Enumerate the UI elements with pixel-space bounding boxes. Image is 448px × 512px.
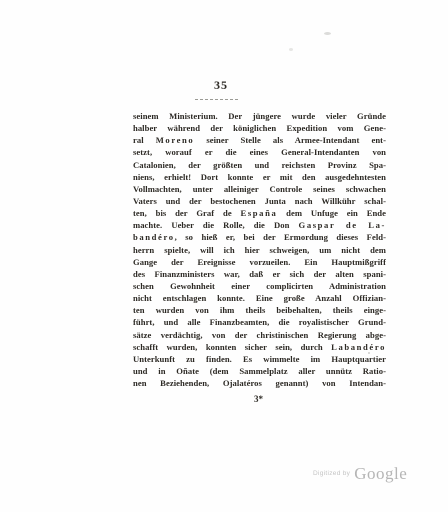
text-line: führt, und alle Finanzbeamten, die royal… bbox=[133, 316, 386, 328]
text-line: herrn spielte, will ich hier schweigen, … bbox=[133, 244, 386, 256]
body-text: seinem Ministerium. Der jüngere wurde vi… bbox=[133, 110, 386, 389]
text-line: bandéro, so hieß er, bei der Ermordung d… bbox=[133, 231, 386, 243]
text-line: setzt, worauf er die eines General-Inten… bbox=[133, 146, 386, 158]
text-line: nicht entschlagen konnte. Eine große Anz… bbox=[133, 292, 386, 304]
text-line: Unterkunft zu finden. Es wimmelte im Hau… bbox=[133, 353, 386, 365]
watermark-prefix-label: Digitized by bbox=[313, 470, 350, 477]
text-line: Catalonien, der größten und reichsten Pr… bbox=[133, 159, 386, 171]
text-line: ral Moreno seiner Stelle als Armee-Inten… bbox=[133, 134, 386, 146]
text-line: schen Gewohnheit einer complicirten Admi… bbox=[133, 280, 386, 292]
text-line: des Finanzministers war, daß er sich der… bbox=[133, 268, 386, 280]
scan-speckle bbox=[289, 48, 293, 51]
page-number: 35 bbox=[196, 78, 246, 93]
scan-speckle bbox=[324, 32, 331, 35]
text-line: halber während der königlichen Expeditio… bbox=[133, 122, 386, 134]
scanned-book-page: 35 seinem Ministerium. Der jüngere wurde… bbox=[0, 0, 448, 512]
page-number-rule bbox=[195, 99, 238, 100]
text-line: Vollmachten, unter alleiniger Controle s… bbox=[133, 183, 386, 195]
text-line: ten, bis der Graf de España dem Unfuge e… bbox=[133, 207, 386, 219]
text-line: und in Oñate (dem Sammelplatz aller unnü… bbox=[133, 365, 386, 377]
text-line: seinem Ministerium. Der jüngere wurde vi… bbox=[133, 110, 386, 122]
google-logo: Google bbox=[354, 464, 407, 483]
text-line: ten wurden von ihm theils beibehalten, t… bbox=[133, 304, 386, 316]
text-line: schafft wurden, konnten sicher sein, dur… bbox=[133, 341, 386, 353]
text-line: sätze verdächtig, von der christinischen… bbox=[133, 329, 386, 341]
text-line: Vaters und der bestochenen Junta nach Wi… bbox=[133, 195, 386, 207]
text-line: machte. Ueber die Rolle, die Don Gaspar … bbox=[133, 219, 386, 231]
text-line: Gange der Ereignisse vorzueilen. Ein Hau… bbox=[133, 256, 386, 268]
digitization-watermark: Digitized by Google bbox=[313, 464, 423, 488]
text-line: nen Beziehenden, Ojalatéros genannt) von… bbox=[133, 377, 386, 389]
scan-speckle bbox=[368, 352, 370, 354]
text-line: niens, erhielt! Dort konnte er mit den a… bbox=[133, 171, 386, 183]
signature-mark: 3* bbox=[254, 394, 263, 404]
